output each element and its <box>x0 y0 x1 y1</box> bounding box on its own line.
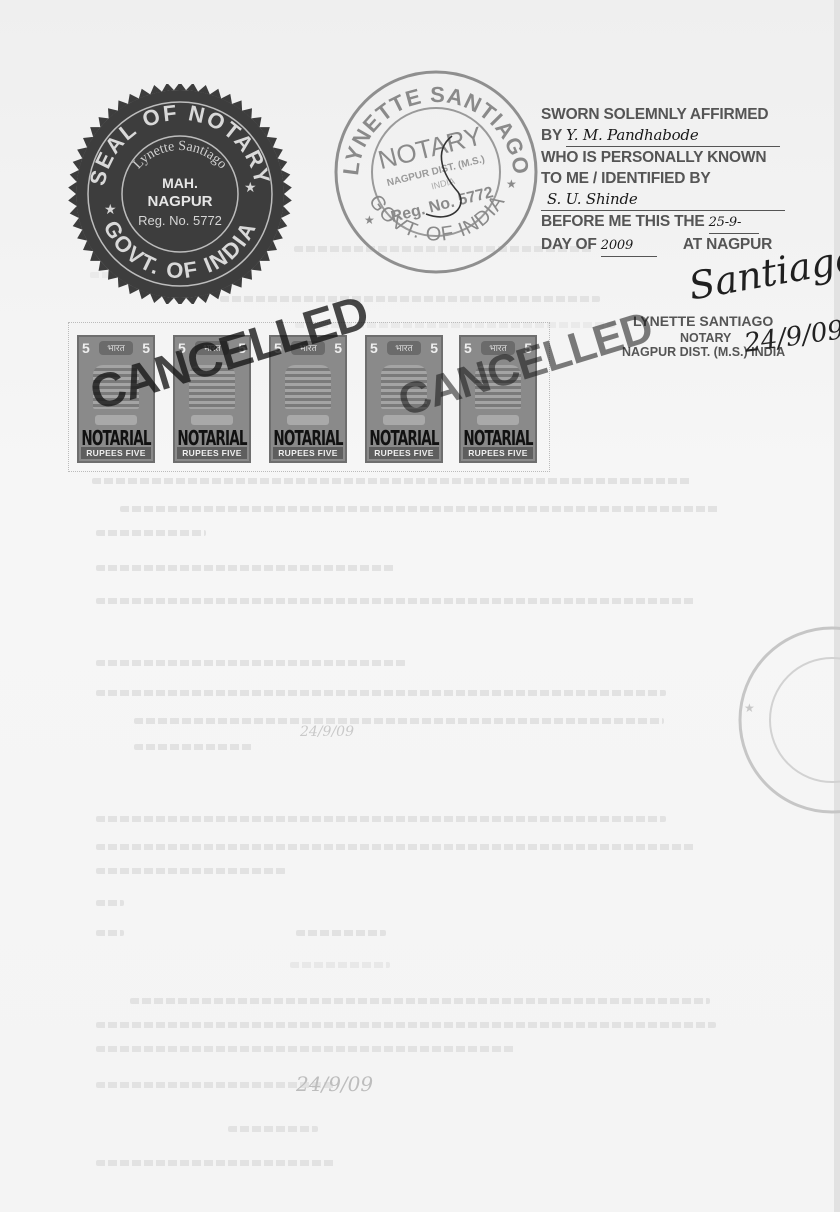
seal-reg-number: Reg. No. 5772 <box>138 213 222 228</box>
notary-role: NOTARY <box>680 331 731 345</box>
seal-center-line1: MAH. <box>162 175 198 191</box>
stamp-value-text: RUPEES FIVE <box>177 447 247 459</box>
star-icon: ★ <box>506 177 517 191</box>
identifier-signature: S. U. Shinde <box>541 189 785 211</box>
sworn-line-1: SWORN SOLEMNLY AFFIRMED <box>541 104 831 125</box>
seal-center-line2: NAGPUR <box>147 193 212 210</box>
notary-round-stamp: LYNETTE SANTIAGO GOVT. OF INDIA NOTARY N… <box>334 64 538 278</box>
before-label: BEFORE ME THIS THE <box>541 213 704 230</box>
star-icon: ★ <box>744 701 755 715</box>
emblem-icon <box>285 365 331 409</box>
document-page: SEAL OF NOTARY GOVT. OF INDIA Lynette Sa… <box>0 0 840 1212</box>
deponent-signature: Y. M. Pandhabode <box>566 125 780 147</box>
sworn-line-3: WHO IS PERSONALLY KNOWN <box>541 147 831 168</box>
faint-handwritten-date: 24/9/09 <box>300 724 354 740</box>
day-of-value: 2009 <box>601 235 657 257</box>
stamp-india-band <box>287 415 329 425</box>
seal-of-notary: SEAL OF NOTARY GOVT. OF INDIA Lynette Sa… <box>64 84 296 304</box>
star-icon: ★ <box>364 213 375 227</box>
stamp-value-text: RUPEES FIVE <box>463 447 533 459</box>
svg-text:LYNETTE SANTIAGO: LYNETTE SANTIAGO <box>338 82 534 177</box>
stamp-value-text: RUPEES FIVE <box>273 447 343 459</box>
sworn-line-4: TO ME / IDENTIFIED BY <box>541 168 831 189</box>
stamp-india-band <box>477 415 519 425</box>
notary-name: LYNETTE SANTIAGO <box>633 313 773 329</box>
page-edge <box>834 0 840 1212</box>
at-place-label: AT NAGPUR <box>683 236 772 253</box>
stamp-country-hindi: भारत <box>99 341 133 355</box>
day-of-label: DAY OF <box>541 236 597 253</box>
before-date-value: 25-9- <box>709 212 759 234</box>
stamp-value-text: RUPEES FIVE <box>81 447 151 459</box>
stamp-india-band <box>191 415 233 425</box>
faint-handwritten-date: 24/9/09 <box>296 1072 373 1096</box>
faint-partial-seal: ★ <box>722 620 840 830</box>
stamp-country-hindi: भारत <box>387 341 421 355</box>
sworn-affirmation-block: SWORN SOLEMNLY AFFIRMED BY Y. M. Pandhab… <box>541 104 831 257</box>
stamp-value-text: RUPEES FIVE <box>369 447 439 459</box>
star-icon: ★ <box>244 179 257 195</box>
star-icon: ★ <box>104 201 117 217</box>
round-stamp-top-text: LYNETTE SANTIAGO <box>338 82 534 177</box>
by-label: BY <box>541 127 562 144</box>
